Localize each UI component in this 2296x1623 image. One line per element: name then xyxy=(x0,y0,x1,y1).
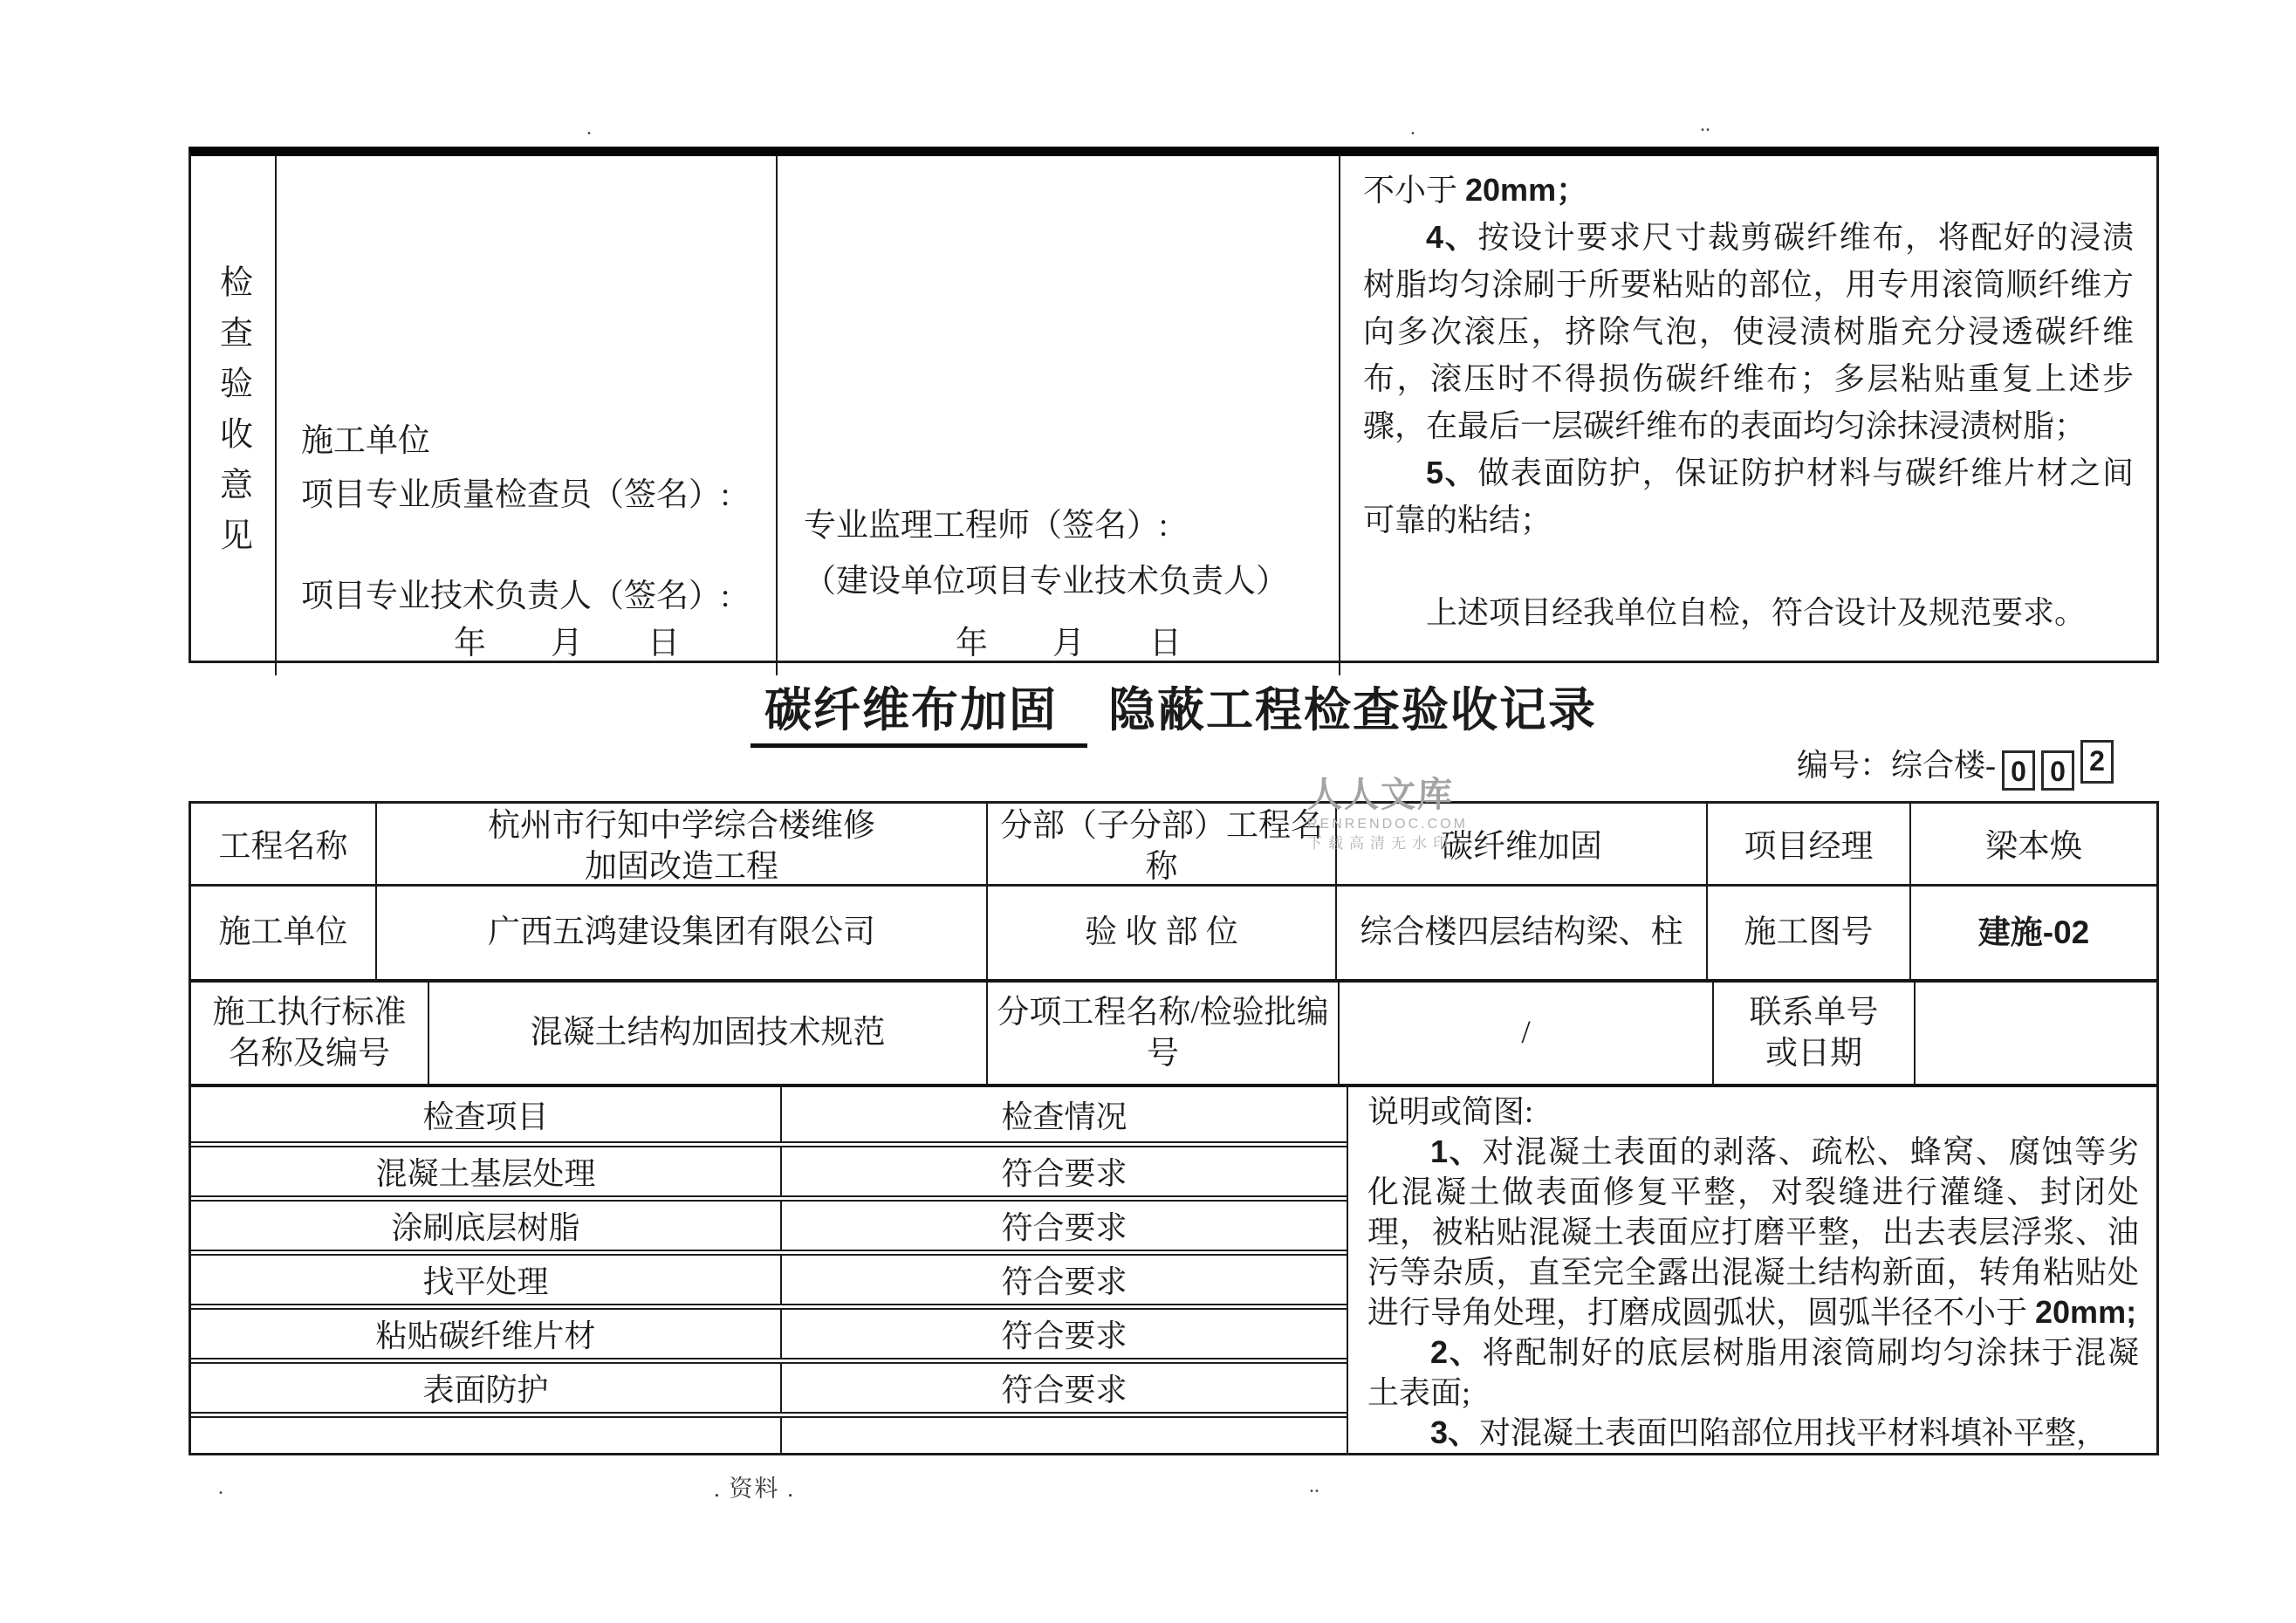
page-title: 碳纤维布加固隐蔽工程检查验收记录 xyxy=(188,673,2159,740)
project-manager-label: 项目经理 xyxy=(1706,804,1909,890)
sketch-notes-cell: 说明或简图: 1、对混凝土表面的剥落、疏松、蜂窝、腐蚀等劣化混凝土做表面修复平整… xyxy=(1347,1087,2156,1453)
watermark-brand: 人人文库 xyxy=(1307,777,1468,812)
watermark-domain: RENRENDOC.COM xyxy=(1307,818,1468,832)
sub-item-batch-label: 分项工程名称/检验批编号 xyxy=(986,983,1338,1084)
sketch-notes-heading: 说明或简图: xyxy=(1367,1092,2139,1132)
watermark: 人人文库 RENRENDOC.COM 下载高清无水印 xyxy=(1307,777,1468,851)
tech-lead-sign-label: 项目专业技术负责人（签名）: xyxy=(301,569,776,616)
doc-number: 编号：综合楼-002 xyxy=(188,740,2159,791)
check-item-header: 检查项目 xyxy=(191,1087,780,1141)
contact-no-date-value xyxy=(1914,983,2156,1084)
check-item: 表面防护 xyxy=(191,1364,780,1412)
check-row: 找平处理 符合要求 xyxy=(191,1250,1347,1304)
check-item: 涂刷底层树脂 xyxy=(191,1202,780,1250)
scan-mark: . xyxy=(218,1476,223,1500)
doc-number-label: 编号：综合楼- xyxy=(1797,748,1996,783)
supervising-engineer-sign-label: 专业监理工程师（签名）: xyxy=(804,498,1339,545)
doc-number-digit-2: 0 xyxy=(2041,750,2074,791)
check-table: 检查项目 检查情况 混凝土基层处理 符合要求 涂刷底层树脂 符合要求 找平处理 … xyxy=(191,1087,1347,1453)
check-status: 符合要求 xyxy=(780,1364,1347,1412)
sub-item-batch-value: / xyxy=(1338,983,1712,1084)
contractor-org-label: 施工单位 xyxy=(301,414,776,461)
check-and-notes-block: 检查项目 检查情况 混凝土基层处理 符合要求 涂刷底层树脂 符合要求 找平处理 … xyxy=(191,1084,2156,1453)
contractor-date-line: 年 月 日 xyxy=(454,616,680,663)
check-status xyxy=(780,1418,1347,1453)
note-continuation: 不小于 20mm； xyxy=(1363,167,2134,214)
drawing-no-label: 施工图号 xyxy=(1706,887,1909,979)
contact-no-date-label: 联系单号 或日期 xyxy=(1712,983,1914,1084)
supervisor-date-line: 年 月 日 xyxy=(956,616,1182,663)
check-item: 粘贴碳纤维片材 xyxy=(191,1310,780,1358)
drawing-no-value: 建施-02 xyxy=(1909,887,2156,979)
scan-mark: . xyxy=(1410,117,1415,140)
note-step-4: 4、按设计要求尺寸裁剪碳纤维布，将配好的浸渍树脂均匀涂刷于所要粘贴的部位，用专用… xyxy=(1363,214,2134,449)
procedure-notes-cell: 不小于 20mm； 4、按设计要求尺寸裁剪碳纤维布，将配好的浸渍树脂均匀涂刷于所… xyxy=(1339,156,2156,675)
check-status-header: 检查情况 xyxy=(780,1087,1347,1141)
construction-unit-value: 广西五鸿建设集团有限公司 xyxy=(375,887,986,979)
check-status: 符合要求 xyxy=(780,1147,1347,1195)
check-row: 混凝土基层处理 符合要求 xyxy=(191,1141,1347,1195)
check-status: 符合要求 xyxy=(780,1310,1347,1358)
check-item: 混凝土基层处理 xyxy=(191,1147,780,1195)
info-row-contractor: 施工单位 广西五鸿建设集团有限公司 验 收 部 位 综合楼四层结构梁、柱 施工图… xyxy=(191,884,2156,979)
scan-mark: .. xyxy=(1309,1475,1319,1498)
note-step-5: 5、做表面防护，保证防护材料与碳纤维片材之间可靠的粘结； xyxy=(1363,449,2134,544)
check-item: 找平处理 xyxy=(191,1256,780,1304)
sketch-note-2: 2、将配制好的底层树脂用滚筒刷均匀涂抹于混凝土表面; xyxy=(1367,1332,2139,1413)
check-row-empty xyxy=(191,1412,1347,1453)
supervisor-signature-cell: 专业监理工程师（签名）: （建设单位项目专业技术负责人） 年 月 日 xyxy=(776,156,1339,675)
doc-number-digit-3: 2 xyxy=(2080,740,2114,784)
standard-value: 混凝土结构加固技术规范 xyxy=(428,983,986,1084)
info-row-project: 工程名称 杭州市行知中学综合楼维修 加固改造工程 分部（子分部）工程名称 碳纤维… xyxy=(191,804,2156,884)
sketch-note-1: 1、对混凝土表面的剥落、疏松、蜂窝、腐蚀等劣化混凝土做表面修复平整，对裂缝进行灌… xyxy=(1367,1132,2139,1332)
subdivision-name-label: 分部（子分部）工程名称 xyxy=(986,804,1335,890)
scan-mark: .. xyxy=(1700,113,1710,137)
check-header-row: 检查项目 检查情况 xyxy=(191,1087,1347,1141)
review-opinion-side-label: 检查验收意见 xyxy=(191,156,275,675)
contractor-signature-cell: 施工单位 项目专业质量检查员（签名）: 项目专业技术负责人（签名）: 年 月 日 xyxy=(275,156,776,675)
quality-inspector-sign-label: 项目专业质量检查员（签名）: xyxy=(301,468,776,515)
standard-label: 施工执行标准 名称及编号 xyxy=(191,983,428,1084)
check-row: 粘贴碳纤维片材 符合要求 xyxy=(191,1304,1347,1358)
project-name-value: 杭州市行知中学综合楼维修 加固改造工程 xyxy=(375,804,986,890)
page-title-underlined-part: 碳纤维布加固 xyxy=(750,684,1087,748)
document-page: . . .. 检查验收意见 施工单位 项目专业质量检查员（签名）: 项目专业技术… xyxy=(0,0,2296,1623)
info-row-standard: 施工执行标准 名称及编号 混凝土结构加固技术规范 分项工程名称/检验批编号 / … xyxy=(191,979,2156,1084)
check-item xyxy=(191,1418,780,1453)
check-status: 符合要求 xyxy=(780,1256,1347,1304)
check-status: 符合要求 xyxy=(780,1202,1347,1250)
sketch-note-3: 3、对混凝土表面凹陷部位用找平材料填补平整， xyxy=(1367,1413,2139,1453)
project-manager-value: 梁本焕 xyxy=(1909,804,2156,890)
review-opinion-table: 检查验收意见 施工单位 项目专业质量检查员（签名）: 项目专业技术负责人（签名）… xyxy=(188,147,2159,663)
construction-unit-label: 施工单位 xyxy=(191,887,375,979)
watermark-slogan: 下载高清无水印 xyxy=(1307,836,1468,851)
scan-mark: . xyxy=(586,117,592,140)
check-row: 表面防护 符合要求 xyxy=(191,1358,1347,1412)
acceptance-part-value: 综合楼四层结构梁、柱 xyxy=(1335,887,1706,979)
page-title-rest: 隐蔽工程检查验收记录 xyxy=(1108,684,1597,736)
doc-number-digit-1: 0 xyxy=(2002,750,2035,791)
check-row: 涂刷底层树脂 符合要求 xyxy=(191,1195,1347,1250)
project-info-table: 工程名称 杭州市行知中学综合楼维修 加固改造工程 分部（子分部）工程名称 碳纤维… xyxy=(188,801,2159,1455)
owner-tech-lead-label: （建设单位项目专业技术负责人） xyxy=(804,554,1339,601)
acceptance-part-label: 验 收 部 位 xyxy=(986,887,1335,979)
footer-label: . 资料 . xyxy=(714,1469,795,1503)
project-name-label: 工程名称 xyxy=(191,804,375,890)
self-check-statement: 上述项目经我单位自检，符合设计及规范要求。 xyxy=(1363,589,2134,636)
